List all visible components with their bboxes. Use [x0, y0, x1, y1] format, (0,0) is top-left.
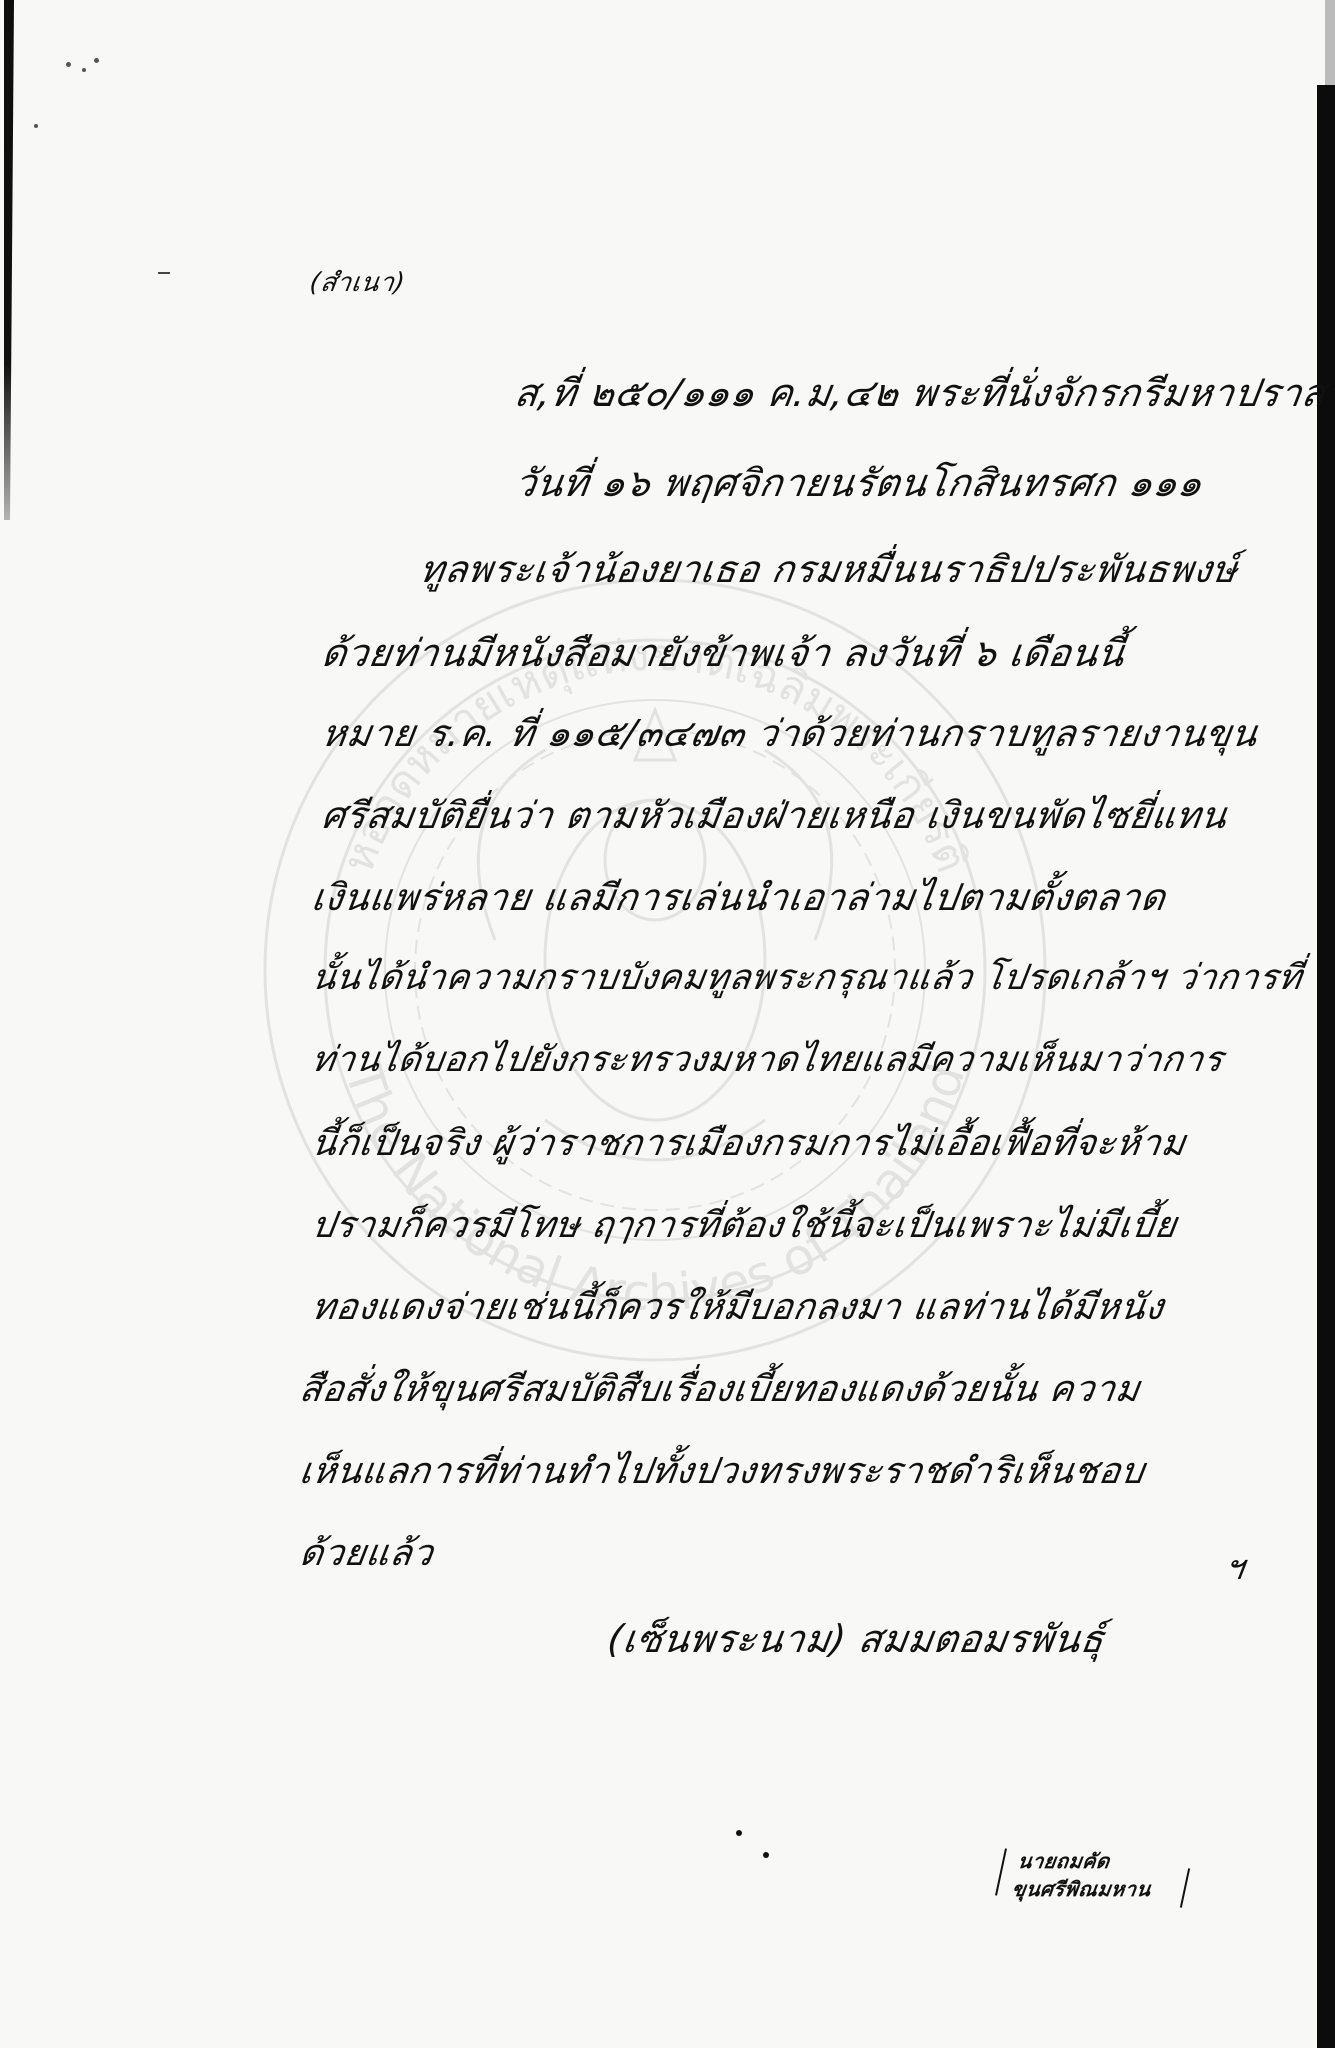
date-line: วันที่ ๑๖ พฤศจิกายนรัตนโกสินทรศก ๑๑๑	[511, 452, 1207, 513]
body-line: ด้วยท่านมีหนังสือมายังข้าพเจ้า ลงวันที่ …	[318, 622, 1129, 683]
closing-mark: ฯ	[1221, 1540, 1248, 1594]
body-line: เห็นแลการที่ท่านทำไปทั้งปวงทรงพระราชดำริ…	[296, 1442, 1148, 1499]
bracket-right	[1180, 1868, 1190, 1908]
scan-speck	[82, 68, 86, 72]
scan-speck	[66, 62, 71, 67]
reference-line: ส,ที่ ๒๕๐/๑๑๑ ค.ม,๔๒ พระที่นั่งจักรกรีมห…	[511, 362, 1335, 423]
scan-speck	[736, 1830, 742, 1836]
scan-speck	[94, 58, 99, 63]
body-line: ทองแดงจ่ายเช่นนี้ก็ควรให้มีบอกลงมา แลท่า…	[308, 1278, 1168, 1335]
body-line: เงินแพร่หลาย แลมีการเล่นนำเอาล่ามไปตามตั…	[308, 868, 1170, 927]
scan-mark	[158, 272, 170, 274]
copy-label: (สำเนา)	[307, 262, 408, 303]
body-line: ศรีสมบัติยื่นว่า ตามหัวเมืองฝ่ายเหนือ เง…	[318, 786, 1231, 845]
body-line: สือสั่งให้ขุนศรีสมบัติสืบเรื่องเบี้ยทองแ…	[296, 1360, 1144, 1417]
document-page: หอจดหมายเหตุแห่งชาติเฉลิมพระเกียรติ The …	[0, 0, 1335, 2048]
scan-speck	[34, 124, 38, 128]
scan-speck	[763, 1852, 769, 1858]
body-line: นี้ก็เป็นจริง ผู้ว่าราชการเมืองกรมการไม่…	[308, 1114, 1190, 1171]
body-line: ปรามก็ควรมีโทษ ฤๅการที่ต้องใช้นี้จะเป็นเ…	[308, 1196, 1181, 1253]
bracket-left	[995, 1848, 1007, 1895]
body-line: หมาย ร.ค. ที่ ๑๑๕/๓๔๗๓ ว่าด้วยท่านกราบทู…	[318, 704, 1262, 763]
body-line: นั้นได้นำความกราบบังคมทูลพระกรุณาแล้ว โป…	[308, 950, 1306, 1005]
scan-edge-left	[4, 0, 14, 520]
scan-edge-right-top	[1325, 0, 1335, 85]
signature-line: (เซ็นพระนาม) สมมตอมรพันธุ์	[604, 1608, 1109, 1669]
body-line: ด้วยแล้ว	[296, 1524, 437, 1581]
certification-title: ขุนศรีพิณมหาน	[1010, 1873, 1153, 1905]
body-line: ทูลพระเจ้าน้องยาเธอ กรมหมื่นนราธิปประพัน…	[416, 540, 1241, 599]
body-line: ท่านได้บอกไปยังกระทรวงมหาดไทยแลมีความเห็…	[308, 1032, 1227, 1087]
